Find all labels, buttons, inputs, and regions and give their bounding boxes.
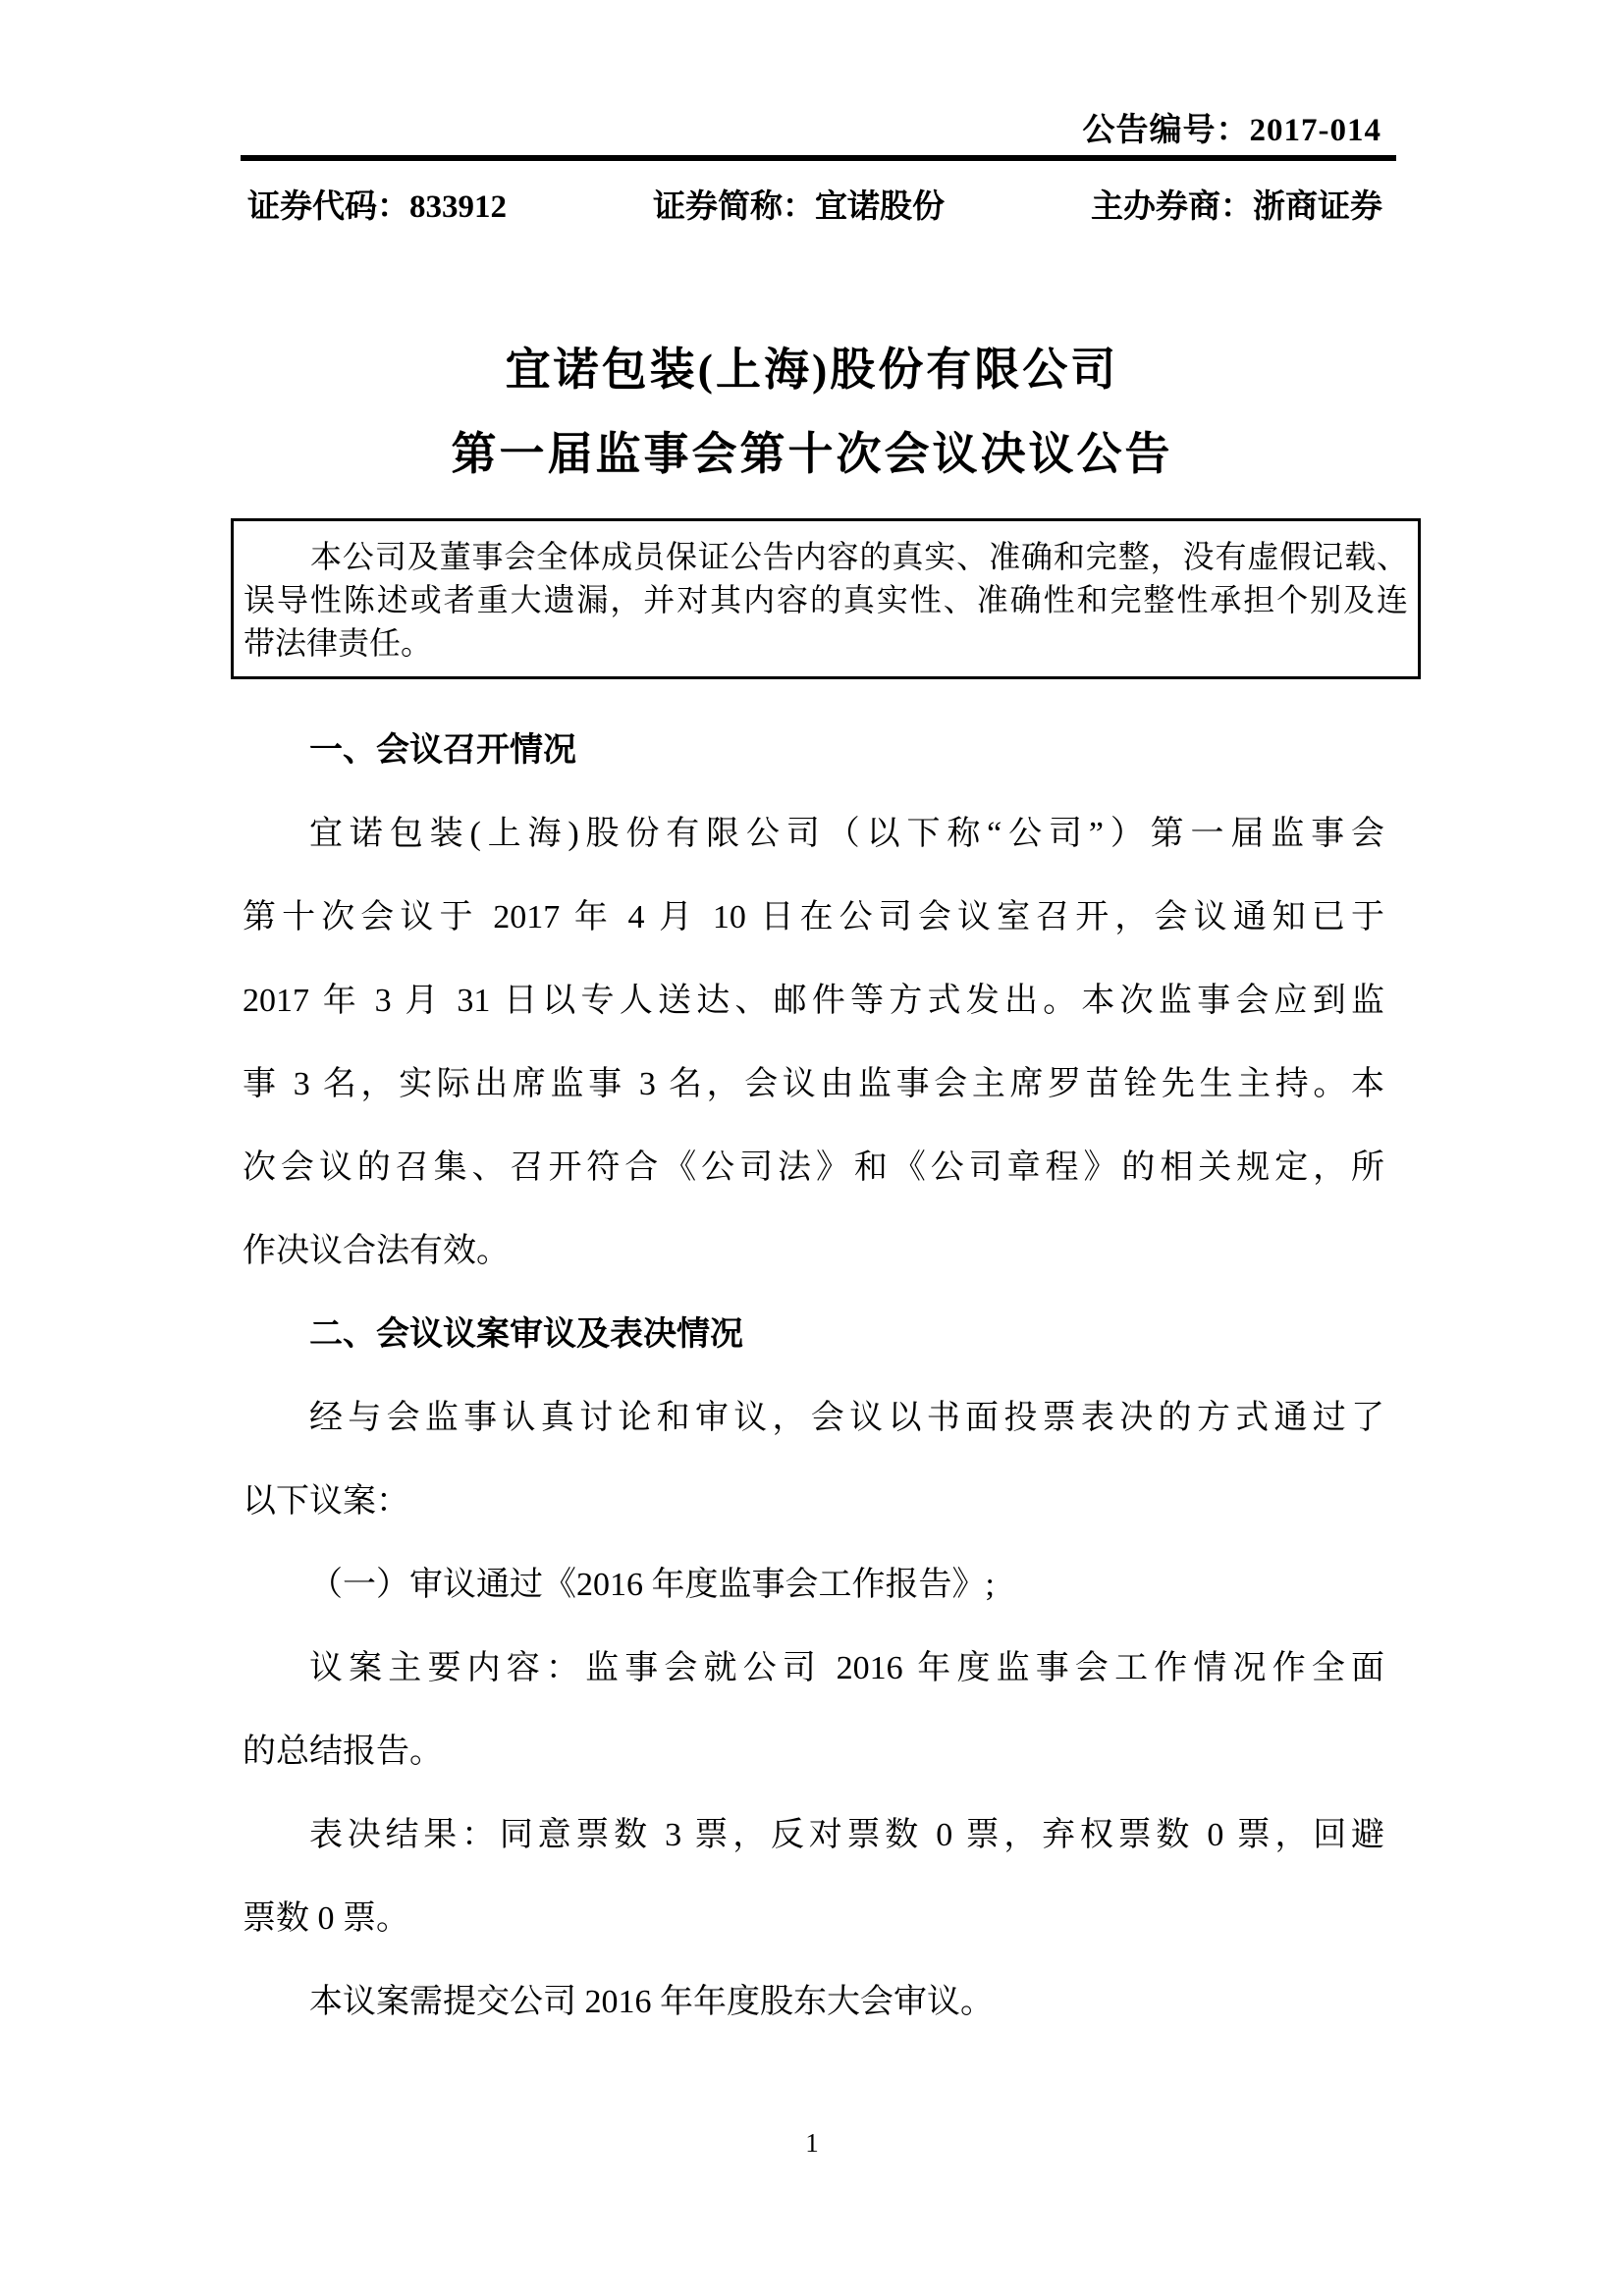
lead-broker-value: 浙商证券: [1253, 189, 1382, 225]
disclaimer-box: 本公司及董事会全体成员保证公告内容的真实、准确和完整，没有虚假记载、误导性陈述或…: [231, 518, 1421, 679]
proposal-1-submission-paragraph: 本议案需提交公司 2016 年年度股东大会审议。: [243, 1960, 1384, 2044]
text-line: 作决议合法有效。: [243, 1209, 1384, 1293]
text-line: 第十次会议于 2017 年 4 月 10 日在公司会议室召开，会议通知已于: [243, 876, 1384, 959]
section-1-paragraph: 宜诺包装(上海)股份有限公司（以下称“公司”）第一届监事会第十次会议于 2017…: [243, 792, 1384, 1293]
text-line: 次会议的召集、召开符合《公司法》和《公司章程》的相关规定，所: [243, 1126, 1384, 1209]
text-line: 宜诺包装(上海)股份有限公司（以下称“公司”）第一届监事会: [243, 792, 1384, 876]
header-divider-line: [241, 155, 1396, 161]
securities-info-row: 证券代码：833912 证券简称：宜诺股份 主办券商：浙商证券: [247, 181, 1382, 227]
text-line: 本议案需提交公司 2016 年年度股东大会审议。: [243, 1960, 1384, 2044]
text-line: 经与会监事认真讨论和审议，会议以书面投票表决的方式通过了: [243, 1376, 1384, 1460]
document-body: 一、会议召开情况 宜诺包装(上海)股份有限公司（以下称“公司”）第一届监事会第十…: [243, 709, 1384, 2044]
stock-code: 证券代码：833912: [247, 181, 507, 227]
section-1-heading: 一、会议召开情况: [243, 709, 1384, 792]
text-line: 事 3 名，实际出席监事 3 名，会议由监事会主席罗苗铨先生主持。本: [243, 1042, 1384, 1126]
lead-broker-label: 主办券商：: [1091, 189, 1253, 225]
stock-short-name-label: 证券简称：: [653, 189, 815, 225]
document-title: 第一届监事会第十次会议决议公告: [0, 418, 1624, 483]
document-page: 公告编号：2017-014 证券代码：833912 证券简称：宜诺股份 主办券商…: [0, 0, 1624, 2296]
text-line: 二、会议议案审议及表决情况: [243, 1293, 1384, 1376]
text-line: 以下议案：: [243, 1460, 1384, 1543]
text-line: 票数 0 票。: [243, 1877, 1384, 1960]
text-line: 带法律责任。: [244, 621, 1408, 665]
text-line: 误导性陈述或者重大遗漏，并对其内容的真实性、准确性和完整性承担个别及连: [244, 578, 1408, 621]
stock-code-value: 833912: [409, 189, 507, 225]
page-number: 1: [0, 2128, 1624, 2159]
lead-broker: 主办券商：浙商证券: [1091, 181, 1382, 227]
text-line: 议案主要内容：监事会就公司 2016 年度监事会工作情况作全面: [243, 1627, 1384, 1710]
announcement-number-value: 2017-014: [1250, 113, 1382, 148]
announcement-number-label: 公告编号：: [1083, 113, 1250, 148]
company-name-title: 宜诺包装(上海)股份有限公司: [0, 334, 1624, 399]
text-line: 表决结果：同意票数 3 票，反对票数 0 票，弃权票数 0 票，回避: [243, 1793, 1384, 1877]
announcement-number: 公告编号：2017-014: [1083, 104, 1382, 150]
stock-short-name: 证券简称：宜诺股份: [653, 181, 945, 227]
stock-short-name-value: 宜诺股份: [815, 189, 945, 225]
text-line: 的总结报告。: [243, 1710, 1384, 1793]
text-line: 一、会议召开情况: [243, 709, 1384, 792]
text-line: （一）审议通过《2016 年度监事会工作报告》;: [243, 1543, 1384, 1627]
proposal-1-content-paragraph: 议案主要内容：监事会就公司 2016 年度监事会工作情况作全面的总结报告。: [243, 1627, 1384, 1793]
proposal-1-vote-result-paragraph: 表决结果：同意票数 3 票，反对票数 0 票，弃权票数 0 票，回避票数 0 票…: [243, 1793, 1384, 1960]
text-line: 2017 年 3 月 31 日以专人送达、邮件等方式发出。本次监事会应到监: [243, 959, 1384, 1042]
section-2-intro-paragraph: 经与会监事认真讨论和审议，会议以书面投票表决的方式通过了以下议案：: [243, 1376, 1384, 1543]
proposal-1-title-paragraph: （一）审议通过《2016 年度监事会工作报告》;: [243, 1543, 1384, 1627]
text-line: 本公司及董事会全体成员保证公告内容的真实、准确和完整，没有虚假记载、: [244, 535, 1408, 578]
section-2-heading: 二、会议议案审议及表决情况: [243, 1293, 1384, 1376]
stock-code-label: 证券代码：: [247, 189, 409, 225]
